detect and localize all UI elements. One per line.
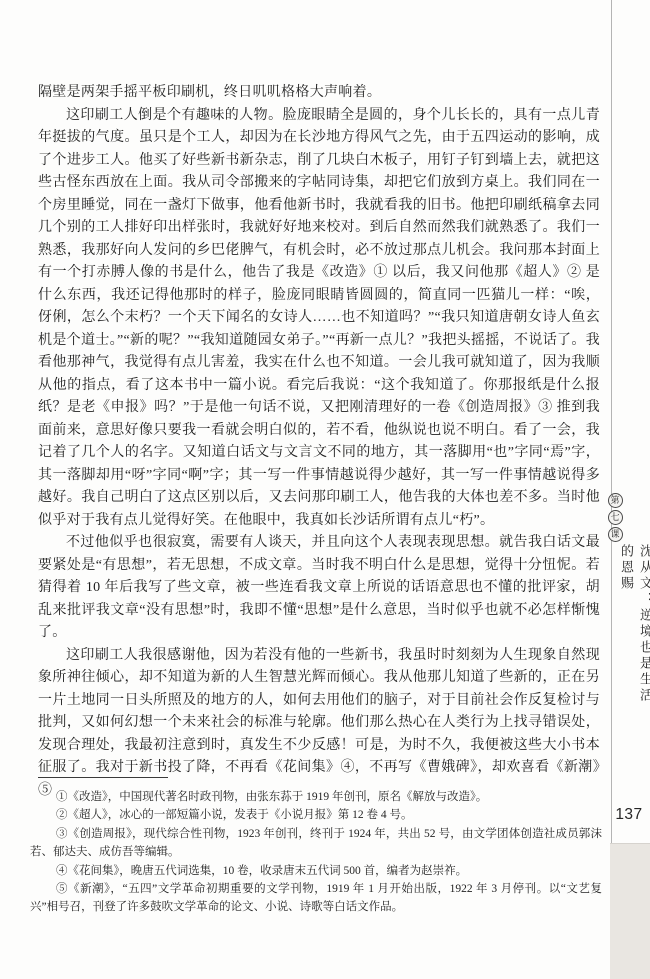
circled-char: 第 (608, 493, 623, 508)
circled-char: 七 (608, 510, 623, 525)
paragraph: 隔壁是两架手摇平板印刷机，终日叽叽格格大声响着。 (38, 82, 600, 105)
thumb-index-tab (610, 843, 650, 979)
paragraph: 这印刷工人倒是个有趣味的人物。脸庞眼睛全是圆的，身个儿长长的，具有一点儿青年挺拔… (38, 105, 600, 533)
lesson-number-badge: 第 七 课 (605, 493, 625, 542)
main-text-block: 隔壁是两架手摇平板印刷机，终日叽叽格格大声响着。 这印刷工人倒是个有趣味的人物。… (38, 82, 600, 802)
paragraph: 这印刷工人我很感谢他，因为若没有他的一些新书，我虽时时刻刻为人生现象自然现象所神… (38, 645, 600, 803)
circled-char: 课 (608, 527, 623, 542)
footnote: ②《超人》，冰心的一部短篇小说，发表于《小说月报》第 12 卷 4 号。 (30, 806, 602, 824)
footnote: ①《改造》，中国现代著名时政刊物，由张东荪于 1919 年创刊，原名《解放与改造… (30, 788, 602, 806)
chapter-title-vertical: 沈从文：逆境也是生活的恩赐 (617, 544, 650, 714)
book-page: 隔壁是两架手摇平板印刷机，终日叽叽格格大声响着。 这印刷工人倒是个有趣味的人物。… (0, 0, 650, 979)
footnote: ④《花间集》，晚唐五代词选集，10 卷，收录唐末五代词 500 首，编者为赵崇祚… (30, 862, 602, 880)
footnote: ③《创造周报》，现代综合性刊物，1923 年创刊，终刊于 1924 年，共出 5… (30, 825, 602, 862)
paragraph: 不过他似乎也很寂寞，需要有人谈天，并且向这个人表现表现思想。就告我白话文最要紧处… (38, 532, 600, 645)
page-number: 137 (613, 806, 645, 824)
footnote-divider (38, 777, 168, 778)
footnote: ⑤《新潮》，“五四”文学革命初期重要的文学刊物，1919 年 1 月开始出版，1… (30, 880, 602, 917)
footnotes-block: ①《改造》，中国现代著名时政刊物，由张东荪于 1919 年创刊，原名《解放与改造… (30, 788, 602, 917)
margin-divider-line (611, 0, 612, 979)
